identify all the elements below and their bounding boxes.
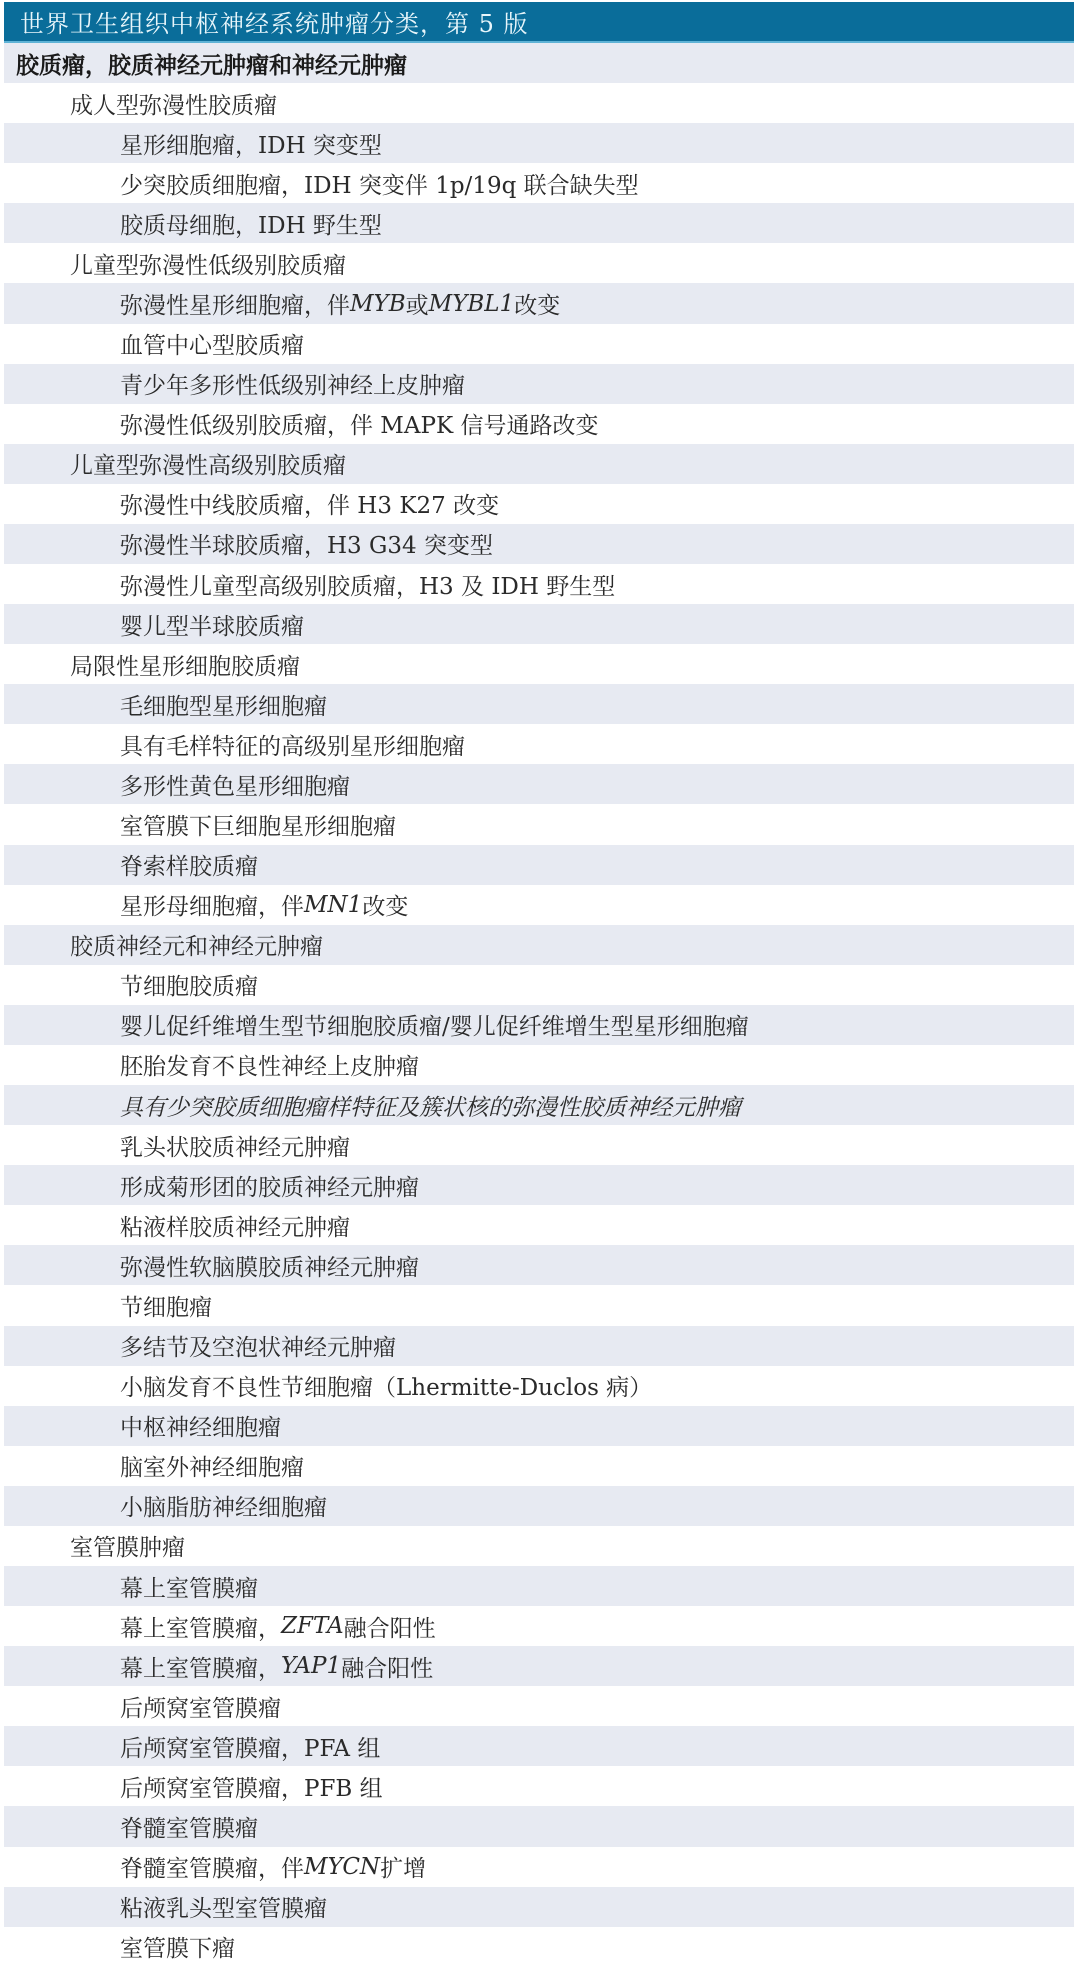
row-text: 毛细胞型星形细胞瘤: [120, 688, 327, 721]
table-row: 脊髓室管膜瘤: [4, 1806, 1074, 1846]
row-text: 弥漫性半球胶质瘤，H3 G34 突变型: [120, 527, 493, 560]
row-text: 室管膜下巨细胞星形细胞瘤: [120, 808, 396, 841]
row-text: 幕上室管膜瘤，: [120, 1610, 281, 1643]
table-row: 中枢神经细胞瘤: [4, 1406, 1074, 1446]
row-text: 粘液乳头型室管膜瘤: [120, 1890, 327, 1923]
row-text: 后颅窝室管膜瘤，PFA 组: [120, 1730, 380, 1763]
table-row: 室管膜下巨细胞星形细胞瘤: [4, 804, 1074, 844]
row-text: 弥漫性软脑膜胶质神经元肿瘤: [120, 1249, 419, 1282]
table-row: 小脑发育不良性节细胞瘤（Lhermitte-Duclos 病）: [4, 1366, 1074, 1406]
table-row: 具有少突胶质细胞瘤样特征及簇状核的弥漫性胶质神经元肿瘤: [4, 1085, 1074, 1125]
table-row: 胚胎发育不良性神经上皮肿瘤: [4, 1045, 1074, 1085]
table-row: 幕上室管膜瘤: [4, 1566, 1074, 1606]
table-row: 婴儿促纤维增生型节细胞胶质瘤/婴儿促纤维增生型星形细胞瘤: [4, 1005, 1074, 1045]
table-row: 脊髓室管膜瘤，伴 MYCN 扩增: [4, 1847, 1074, 1887]
table-row: 多结节及空泡状神经元肿瘤: [4, 1326, 1074, 1366]
row-text: 或: [406, 287, 429, 320]
row-text: 幕上室管膜瘤: [120, 1570, 258, 1603]
row-text: 多形性黄色星形细胞瘤: [120, 768, 350, 801]
row-text: 脊髓室管膜瘤，伴: [120, 1850, 304, 1883]
row-text: 胶质瘤，胶质神经元肿瘤和神经元肿瘤: [16, 47, 407, 80]
table-row: 弥漫性低级别胶质瘤，伴 MAPK 信号通路改变: [4, 404, 1074, 444]
table-row: 毛细胞型星形细胞瘤: [4, 684, 1074, 724]
row-text: 乳头状胶质神经元肿瘤: [120, 1129, 350, 1162]
row-text: 少突胶质细胞瘤，IDH 突变伴 1p/19q 联合缺失型: [120, 167, 639, 200]
row-text: 脑室外神经细胞瘤: [120, 1449, 304, 1482]
row-text: 融合阳性: [341, 1650, 433, 1683]
gene-name-text: MYBL1: [429, 291, 515, 317]
table-row: 室管膜下瘤: [4, 1927, 1074, 1967]
group-heading-row: 局限性星形细胞胶质瘤: [4, 644, 1074, 684]
table-row: 粘液样胶质神经元肿瘤: [4, 1205, 1074, 1245]
table-row: 婴儿型半球胶质瘤: [4, 604, 1074, 644]
row-text: 胶质神经元和神经元肿瘤: [70, 928, 323, 961]
row-text: 胚胎发育不良性神经上皮肿瘤: [120, 1048, 419, 1081]
row-text: 小脑发育不良性节细胞瘤（Lhermitte-Duclos 病）: [120, 1369, 652, 1402]
row-text: 形成菊形团的胶质神经元肿瘤: [120, 1169, 419, 1202]
table-row: 幕上室管膜瘤，YAP1 融合阳性: [4, 1646, 1074, 1686]
table-row: 脊索样胶质瘤: [4, 845, 1074, 885]
row-text: 成人型弥漫性胶质瘤: [70, 87, 277, 120]
row-text: 后颅窝室管膜瘤，PFB 组: [120, 1770, 383, 1803]
row-text: 儿童型弥漫性低级别胶质瘤: [70, 247, 346, 280]
row-text: 中枢神经细胞瘤: [120, 1409, 281, 1442]
gene-name-text: YAP1: [281, 1653, 341, 1679]
row-text: 后颅窝室管膜瘤: [120, 1690, 281, 1723]
row-text: 局限性星形细胞胶质瘤: [70, 648, 300, 681]
table-row: 青少年多形性低级别神经上皮肿瘤: [4, 364, 1074, 404]
row-text: 节细胞瘤: [120, 1289, 212, 1322]
table-row: 节细胞胶质瘤: [4, 965, 1074, 1005]
row-text: 弥漫性儿童型高级别胶质瘤，H3 及 IDH 野生型: [120, 568, 615, 601]
table-row: 乳头状胶质神经元肿瘤: [4, 1125, 1074, 1165]
row-text: 青少年多形性低级别神经上皮肿瘤: [120, 367, 465, 400]
table-row: 小脑脂肪神经细胞瘤: [4, 1486, 1074, 1526]
table-row: 后颅窝室管膜瘤，PFA 组: [4, 1726, 1074, 1766]
who-cns-classification-table: 世界卫生组织中枢神经系统肿瘤分类，第 5 版 胶质瘤，胶质神经元肿瘤和神经元肿瘤…: [4, 2, 1074, 1967]
row-text: 弥漫性中线胶质瘤，伴 H3 K27 改变: [120, 487, 499, 520]
table-row: 多形性黄色星形细胞瘤: [4, 764, 1074, 804]
row-text: 婴儿促纤维增生型节细胞胶质瘤/婴儿促纤维增生型星形细胞瘤: [120, 1008, 749, 1041]
group-heading-row: 儿童型弥漫性低级别胶质瘤: [4, 243, 1074, 283]
table-title: 世界卫生组织中枢神经系统肿瘤分类，第 5 版: [4, 2, 1074, 43]
table-row: 节细胞瘤: [4, 1285, 1074, 1325]
row-text: 血管中心型胶质瘤: [120, 327, 304, 360]
table-row: 弥漫性儿童型高级别胶质瘤，H3 及 IDH 野生型: [4, 564, 1074, 604]
table-row: 弥漫性软脑膜胶质神经元肿瘤: [4, 1245, 1074, 1285]
row-text: 儿童型弥漫性高级别胶质瘤: [70, 447, 346, 480]
group-heading-row: 成人型弥漫性胶质瘤: [4, 83, 1074, 123]
gene-name-text: MYB: [350, 291, 406, 317]
row-text: 多结节及空泡状神经元肿瘤: [120, 1329, 396, 1362]
table-row: 粘液乳头型室管膜瘤: [4, 1887, 1074, 1927]
row-text: 改变: [514, 287, 560, 320]
table-row: 星形母细胞瘤，伴 MN1 改变: [4, 885, 1074, 925]
row-text: 粘液样胶质神经元肿瘤: [120, 1209, 350, 1242]
row-text: 幕上室管膜瘤，: [120, 1650, 281, 1683]
row-text: 弥漫性低级别胶质瘤，伴 MAPK 信号通路改变: [120, 407, 598, 440]
row-text: 节细胞胶质瘤: [120, 968, 258, 1001]
category-heading-row: 胶质瘤，胶质神经元肿瘤和神经元肿瘤: [4, 43, 1074, 83]
row-text: 扩增: [380, 1850, 426, 1883]
table-row: 后颅窝室管膜瘤，PFB 组: [4, 1766, 1074, 1806]
table-row: 血管中心型胶质瘤: [4, 324, 1074, 364]
group-heading-row: 室管膜肿瘤: [4, 1526, 1074, 1566]
gene-name-text: ZFTA: [281, 1613, 344, 1639]
gene-name-text: 具有少突胶质细胞瘤样特征及簇状核的弥漫性胶质神经元肿瘤: [120, 1089, 741, 1122]
gene-name-text: MYCN: [304, 1854, 380, 1880]
row-text: 脊髓室管膜瘤: [120, 1810, 258, 1843]
table-row: 后颅窝室管膜瘤: [4, 1686, 1074, 1726]
table-body: 胶质瘤，胶质神经元肿瘤和神经元肿瘤成人型弥漫性胶质瘤星形细胞瘤，IDH 突变型少…: [4, 43, 1074, 1967]
table-row: 弥漫性半球胶质瘤，H3 G34 突变型: [4, 524, 1074, 564]
table-row: 弥漫性中线胶质瘤，伴 H3 K27 改变: [4, 484, 1074, 524]
row-text: 弥漫性星形细胞瘤，伴: [120, 287, 350, 320]
row-text: 星形母细胞瘤，伴: [120, 888, 304, 921]
row-text: 婴儿型半球胶质瘤: [120, 608, 304, 641]
row-text: 具有毛样特征的高级别星形细胞瘤: [120, 728, 465, 761]
row-text: 融合阳性: [344, 1610, 436, 1643]
group-heading-row: 儿童型弥漫性高级别胶质瘤: [4, 444, 1074, 484]
table-row: 胶质母细胞，IDH 野生型: [4, 203, 1074, 243]
row-text: 小脑脂肪神经细胞瘤: [120, 1489, 327, 1522]
gene-name-text: MN1: [304, 892, 362, 918]
row-text: 星形细胞瘤，IDH 突变型: [120, 127, 382, 160]
row-text: 改变: [362, 888, 408, 921]
table-row: 幕上室管膜瘤，ZFTA 融合阳性: [4, 1606, 1074, 1646]
table-row: 弥漫性星形细胞瘤，伴 MYB 或 MYBL1 改变: [4, 283, 1074, 323]
row-text: 室管膜下瘤: [120, 1930, 235, 1963]
table-row: 脑室外神经细胞瘤: [4, 1446, 1074, 1486]
table-row: 具有毛样特征的高级别星形细胞瘤: [4, 724, 1074, 764]
row-text: 室管膜肿瘤: [70, 1529, 185, 1562]
group-heading-row: 胶质神经元和神经元肿瘤: [4, 925, 1074, 965]
row-text: 脊索样胶质瘤: [120, 848, 258, 881]
table-row: 少突胶质细胞瘤，IDH 突变伴 1p/19q 联合缺失型: [4, 163, 1074, 203]
table-row: 星形细胞瘤，IDH 突变型: [4, 123, 1074, 163]
table-row: 形成菊形团的胶质神经元肿瘤: [4, 1165, 1074, 1205]
row-text: 胶质母细胞，IDH 野生型: [120, 207, 382, 240]
